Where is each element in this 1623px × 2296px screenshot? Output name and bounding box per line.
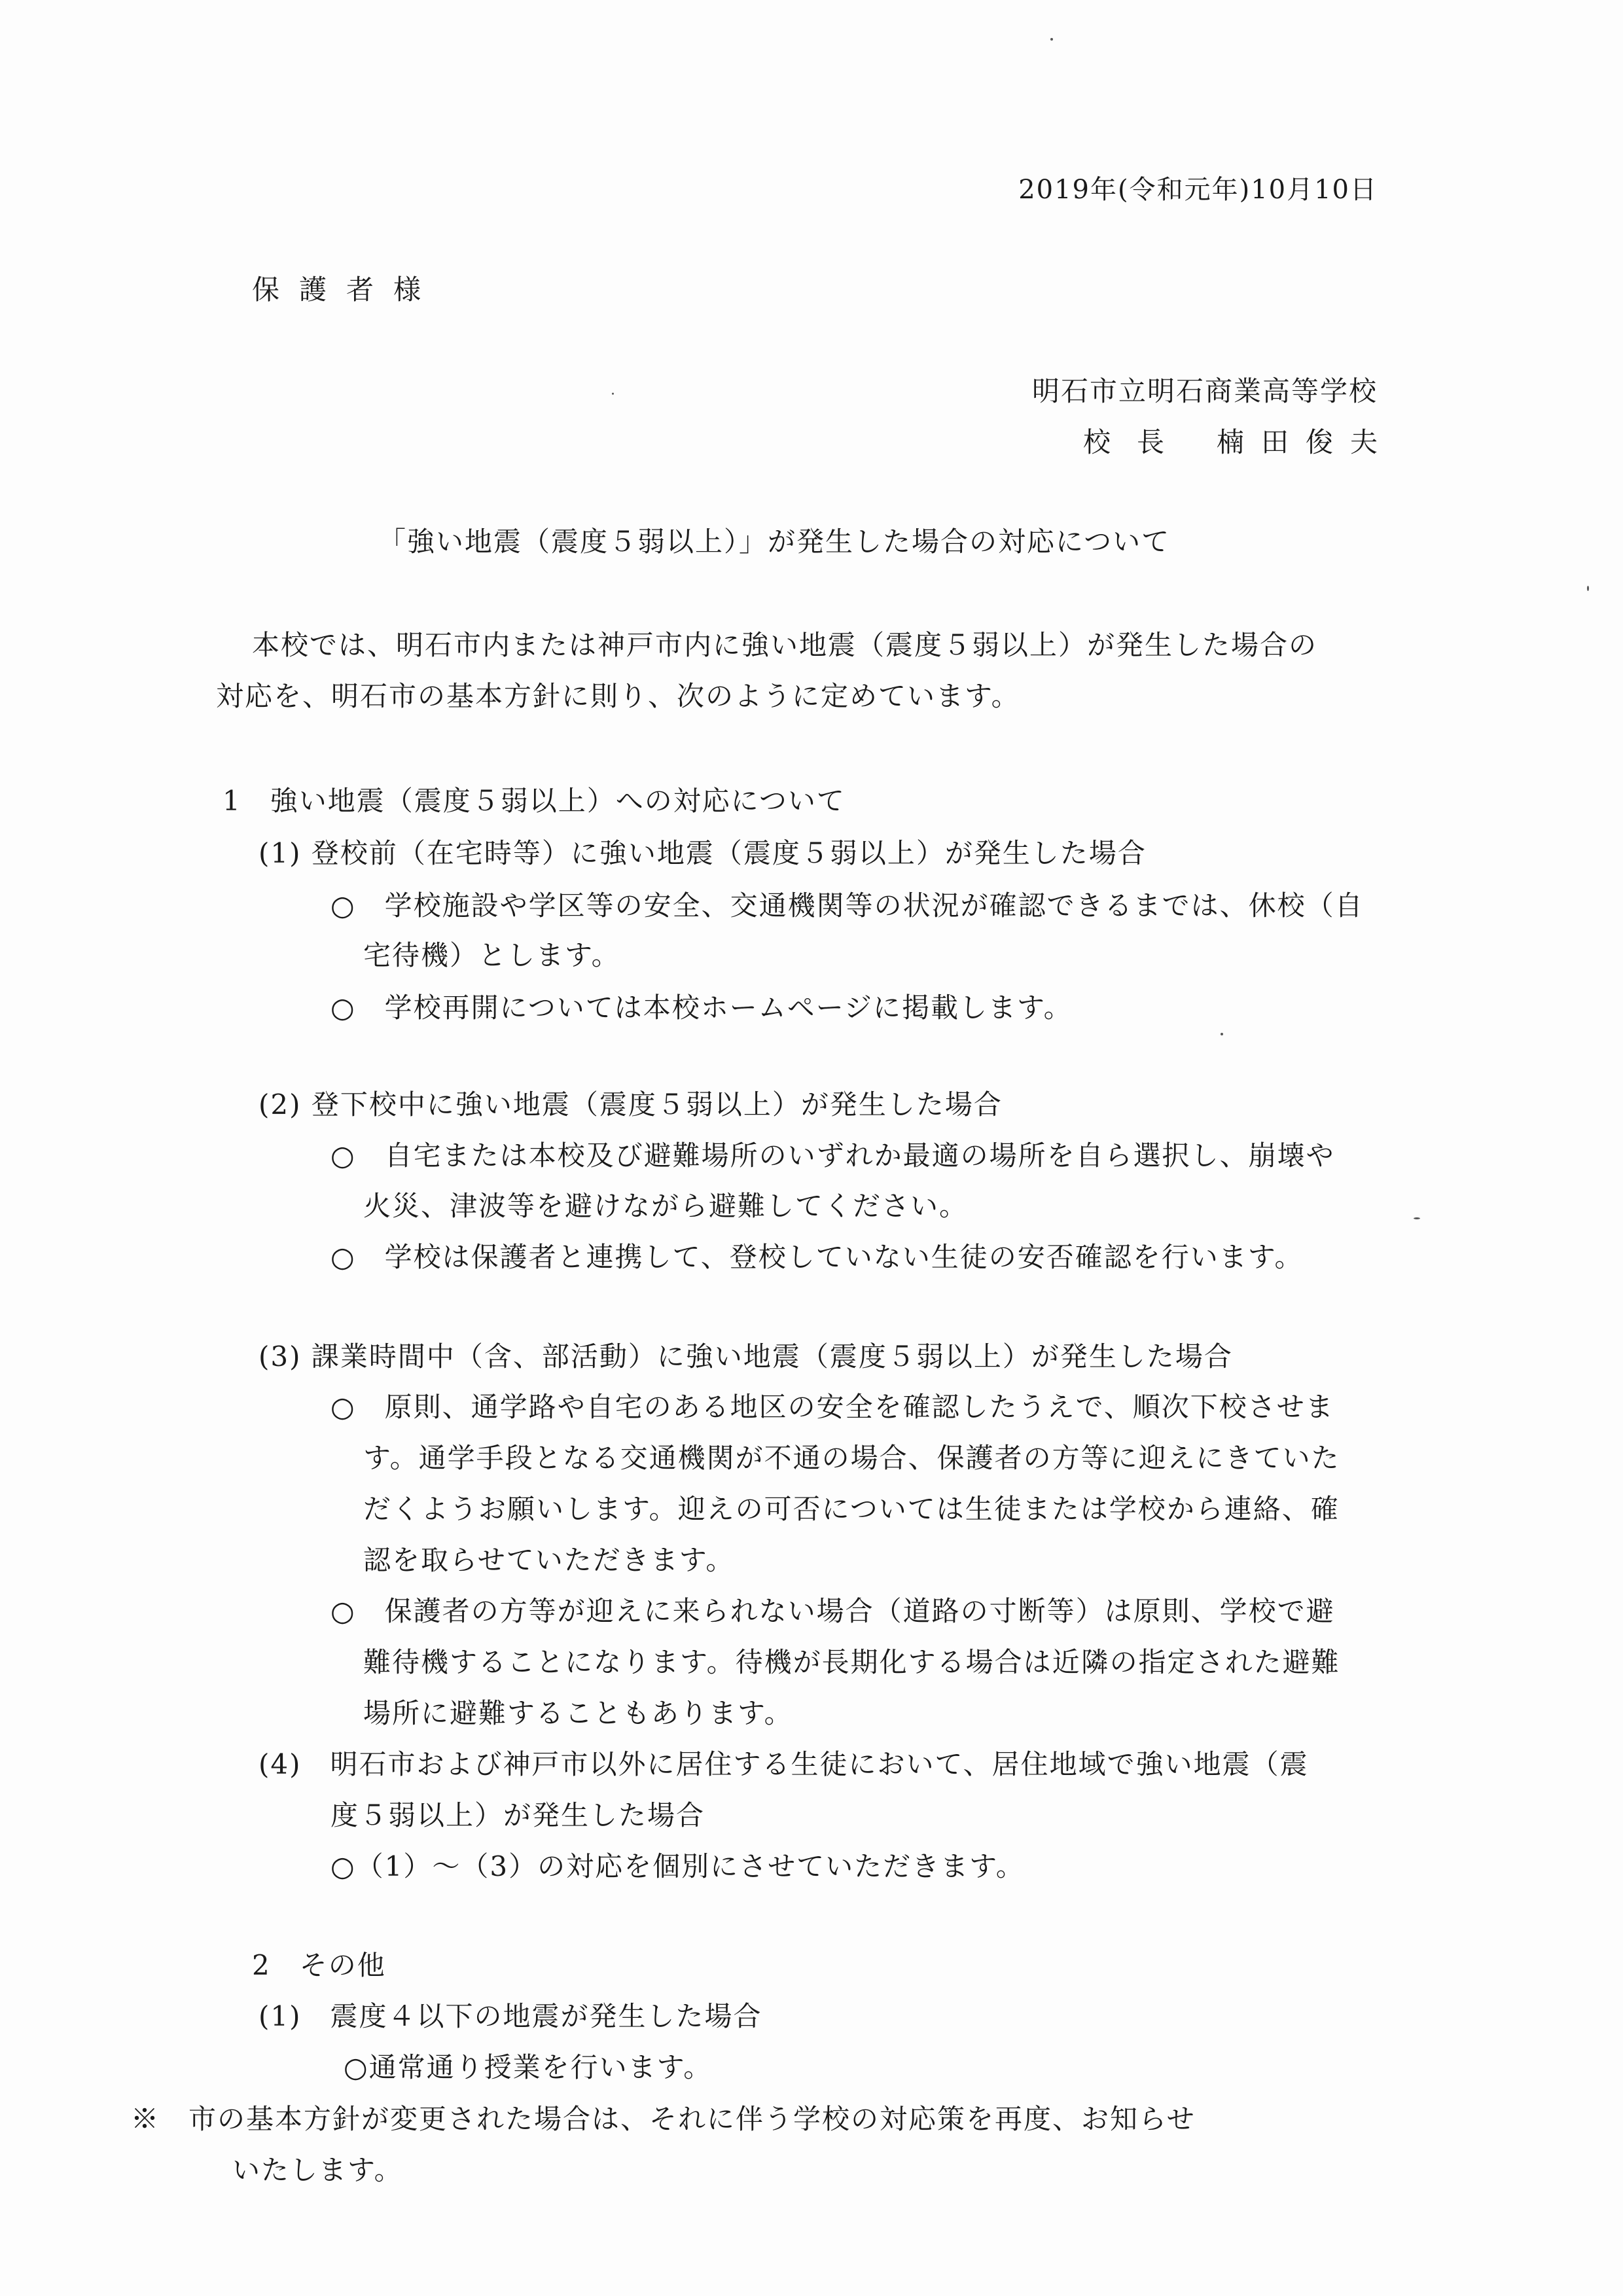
bullet-line: だくようお願いします。迎えの可否については生徒または学校から連絡、確 bbox=[363, 1491, 1340, 1528]
bullet-line: 宅待機）とします。 bbox=[363, 937, 620, 974]
sender-signature: 校長楠田俊夫 bbox=[1083, 424, 1378, 461]
note-line-2: いたします。 bbox=[232, 2152, 403, 2189]
bullet-line: 場所に避難することもあります。 bbox=[363, 1695, 793, 1732]
scan-speck bbox=[1221, 1033, 1223, 1035]
section-2-item-1-heading: (1) 震度４以下の地震が発生した場合 bbox=[259, 1998, 762, 2035]
bullet-line: ○通常通り授業を行います。 bbox=[344, 2049, 712, 2086]
document-page: 2019年(令和元年)10月10日 保護者様 明石市立明石商業高等学校 校長楠田… bbox=[0, 0, 1623, 2296]
section-1-item-3-heading: (3) 課業時間中（含、部活動）に強い地震（震度５弱以上）が発生した場合 bbox=[259, 1338, 1233, 1375]
recipient: 保護者様 bbox=[252, 272, 440, 308]
bullet-line: ○（1）～（3）の対応を個別にさせていただきます。 bbox=[330, 1848, 1025, 1885]
section-1-item-4-heading-cont: 度５弱以上）が発生した場合 bbox=[330, 1797, 705, 1834]
bullet-line: ○ 学校は保護者と連携して、登校していない生徒の安否確認を行います。 bbox=[330, 1239, 1303, 1276]
sender-organization: 明石市立明石商業高等学校 bbox=[1032, 373, 1378, 410]
intro-line-1: 本校では、明石市内または神戸市内に強い地震（震度５弱以上）が発生した場合の bbox=[252, 627, 1317, 664]
sender-name: 楠田俊夫 bbox=[1217, 426, 1395, 458]
intro-line-2: 対応を、明石市の基本方針に則り、次のように定めています。 bbox=[216, 678, 1020, 715]
scan-speck bbox=[1050, 38, 1053, 41]
bullet-line: 認を取らせていただきます。 bbox=[363, 1542, 734, 1579]
document-title: 「強い地震（震度５弱以上）」が発生した場合の対応について bbox=[378, 524, 1170, 560]
scan-speck bbox=[612, 393, 614, 395]
section-2-heading: 2 その他 bbox=[252, 1947, 386, 1984]
note-line-1: ※ 市の基本方針が変更された場合は、それに伴う学校の対応策を再度、お知らせ bbox=[131, 2101, 1196, 2138]
bullet-line: ○ 学校施設や学区等の安全、交通機関等の状況が確認できるまでは、休校（自 bbox=[330, 888, 1364, 924]
bullet-line: ○ 学校再開については本校ホームページに掲載します。 bbox=[330, 990, 1073, 1026]
bullet-line: ○ 自宅または本校及び避難場所のいずれか最適の場所を自ら選択し、崩壊や bbox=[330, 1138, 1335, 1174]
scan-speck bbox=[1587, 586, 1589, 591]
section-1-item-2-heading: (2) 登下校中に強い地震（震度５弱以上）が発生した場合 bbox=[259, 1086, 1003, 1123]
bullet-line: 火災、津波等を避けながら避難してください。 bbox=[363, 1188, 968, 1225]
bullet-line: ○ 原則、通学路や自宅のある地区の安全を確認したうえで、順次下校させま bbox=[330, 1389, 1334, 1426]
sender-role: 校長 bbox=[1083, 426, 1190, 458]
document-date: 2019年(令和元年)10月10日 bbox=[1018, 171, 1378, 208]
section-1-item-1-heading: (1) 登校前（在宅時等）に強い地震（震度５弱以上）が発生した場合 bbox=[259, 835, 1147, 872]
scan-speck bbox=[1414, 1217, 1420, 1219]
bullet-line: ○ 保護者の方等が迎えに来られない場合（道路の寸断等）は原則、学校で避 bbox=[330, 1593, 1335, 1630]
bullet-line: 難待機することになります。待機が長期化する場合は近隣の指定された避難 bbox=[363, 1644, 1340, 1681]
section-1-item-4-heading: (4) 明石市および神戸市以外に居住する生徒において、居住地域で強い地震（震 bbox=[259, 1746, 1309, 1783]
section-1-heading: 1 強い地震（震度５弱以上）への対応について bbox=[223, 783, 846, 819]
bullet-line: す。通学手段となる交通機関が不通の場合、保護者の方等に迎えにきていた bbox=[363, 1440, 1340, 1477]
